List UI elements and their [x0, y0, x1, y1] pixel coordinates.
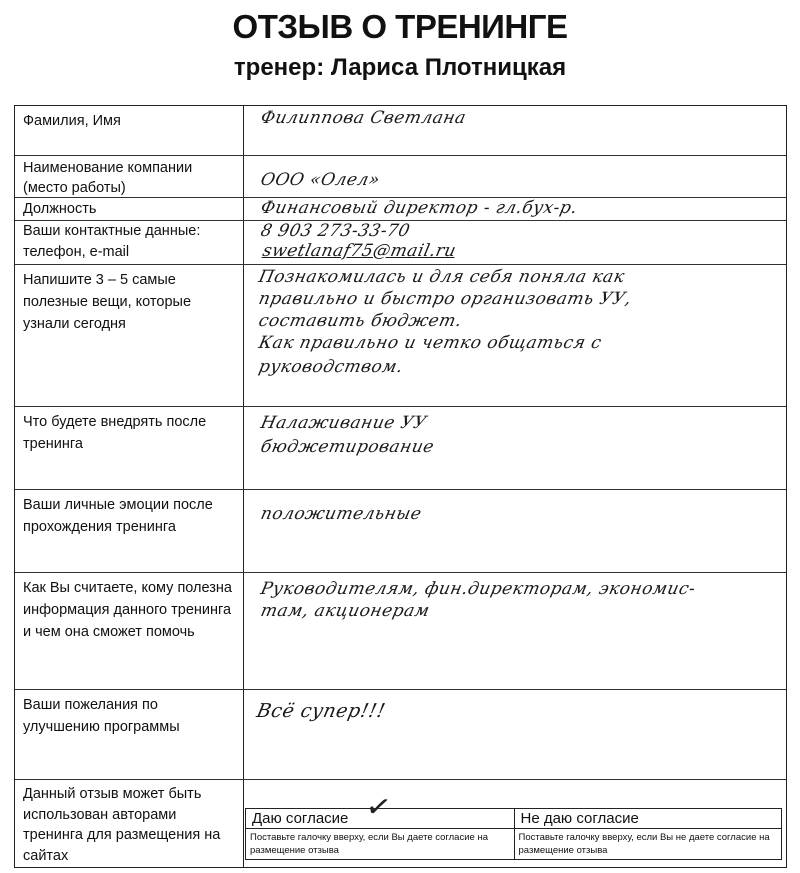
label-useful-for: Как Вы считаете, кому полезна информация…: [23, 577, 237, 643]
label-implement: Что будете внедрять после тренинга: [23, 411, 237, 455]
consent-agree-hint: Поставьте галочку вверху, если Вы даете …: [246, 829, 514, 859]
label-emotions: Ваши личные эмоции после прохождения тре…: [23, 494, 237, 538]
row-name: Фамилия, Имя Филиппова Светлана: [15, 106, 786, 156]
row-implement: Что будете внедрять после тренинга Налаж…: [15, 407, 786, 490]
label-position: Должность: [23, 198, 237, 220]
label-suggestions: Ваши пожелания по улучшению программы: [23, 694, 237, 738]
field-useful-for[interactable]: Руководителям, фин.директорам, экономис-…: [251, 573, 780, 689]
field-position[interactable]: Финансовый директор - гл.бух-р.: [251, 198, 780, 220]
field-contacts[interactable]: 8 903 273-33-70 swetlanaf75@mail.ru: [251, 221, 780, 264]
field-name[interactable]: Филиппова Светлана: [251, 106, 780, 155]
label-consent: Данный отзыв может быть использован авто…: [23, 784, 237, 866]
consent-disagree-option[interactable]: Не даю согласие Поставьте галочку вверху…: [514, 809, 783, 859]
field-suggestions[interactable]: Всё супер!!!: [251, 690, 780, 779]
consent-agree-option[interactable]: Даю согласие Поставьте галочку вверху, е…: [246, 809, 514, 859]
row-suggestions: Ваши пожелания по улучшению программы Вс…: [15, 690, 786, 780]
row-position: Должность Финансовый директор - гл.бух-р…: [15, 198, 786, 221]
consent-disagree-label: Не даю согласие: [515, 809, 783, 829]
row-emotions: Ваши личные эмоции после прохождения тре…: [15, 490, 786, 573]
field-useful-things[interactable]: Познакомилась и для себя поняла как прав…: [251, 265, 780, 406]
label-useful-things: Напишите 3 – 5 самые полезные вещи, кото…: [23, 269, 237, 335]
trainer-subtitle: тренер: Лариса Плотницкая: [0, 54, 800, 82]
label-company: Наименование компании (место работы): [23, 158, 237, 198]
consent-disagree-hint: Поставьте галочку вверху, если Вы не дае…: [515, 829, 783, 859]
row-useful-for: Как Вы считаете, кому полезна информация…: [15, 573, 786, 690]
row-useful-things: Напишите 3 – 5 самые полезные вещи, кото…: [15, 265, 786, 407]
label-contacts: Ваши контактные данные: телефон, e-mail: [23, 221, 237, 263]
consent-box: Даю согласие Поставьте галочку вверху, е…: [245, 808, 782, 860]
consent-agree-label: Даю согласие: [246, 809, 514, 829]
form-title: ОТЗЫВ О ТРЕНИНГЕ: [0, 8, 800, 46]
field-emotions[interactable]: положительные: [251, 490, 780, 572]
field-implement[interactable]: Налаживание УУ бюджетирование: [251, 407, 780, 489]
label-name: Фамилия, Имя: [23, 110, 237, 132]
row-company: Наименование компании (место работы) ООО…: [15, 156, 786, 198]
row-contacts: Ваши контактные данные: телефон, e-mail …: [15, 221, 786, 265]
field-company[interactable]: ООО «Олел»: [251, 156, 780, 197]
feedback-form: Фамилия, Имя Филиппова Светлана Наименов…: [14, 105, 787, 868]
